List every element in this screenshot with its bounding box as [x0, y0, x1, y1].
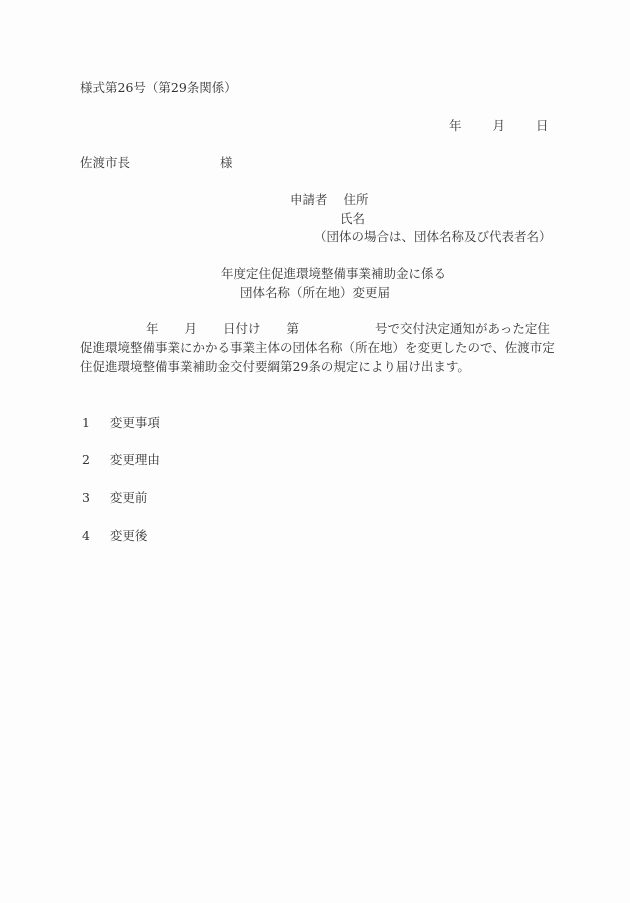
body-day: 日付け [223, 321, 261, 336]
item-label: 変更後 [110, 528, 148, 543]
item-number: 2 [82, 452, 90, 467]
applicant-note: （団体の場合は、団体名称及び代表者名） [314, 231, 552, 244]
item-number: 1 [82, 415, 90, 430]
item-label: 変更事項 [110, 415, 160, 430]
date-month-label: 月 [492, 118, 505, 133]
item-number: 4 [82, 528, 90, 543]
list-item: 2 変更理由 [82, 454, 160, 467]
body-line-2: 促進環境整備事業にかかる事業主体の団体名称（所在地）を変更したので、佐渡市定 [80, 342, 555, 355]
list-item: 1 変更事項 [82, 417, 160, 430]
applicant-label: 申請者 [290, 192, 328, 207]
body-year: 年 [146, 321, 159, 336]
addressee-honorific: 様 [220, 155, 233, 170]
item-number: 3 [82, 490, 90, 505]
title-line-2: 団体名称（所在地）変更届 [240, 287, 390, 300]
item-label: 変更理由 [110, 452, 160, 467]
body-line-3: 住促進環境整備事業補助金交付要綱第29条の規定により届け出ます。 [80, 361, 470, 374]
body-number-prefix: 第 [286, 321, 299, 336]
date-day-label: 日 [536, 118, 549, 133]
date-line: 年 月 日 [449, 120, 548, 133]
list-item: 4 変更後 [82, 530, 147, 543]
body-month: 月 [184, 321, 197, 336]
list-item: 3 変更前 [82, 492, 147, 505]
addressee: 佐渡市長 様 [80, 157, 233, 170]
body-line-1-rest: 号で交付決定通知があった定住 [375, 321, 550, 336]
date-year-label: 年 [449, 118, 462, 133]
form-number: 様式第26号（第29条関係） [80, 82, 237, 95]
address-label: 住所 [343, 192, 368, 207]
name-label: 氏名 [340, 213, 365, 226]
item-label: 変更前 [110, 490, 148, 505]
title-line-1: 年度定住促進環境整備事業補助金に係る [221, 268, 446, 281]
addressee-name: 佐渡市長 [80, 155, 130, 170]
